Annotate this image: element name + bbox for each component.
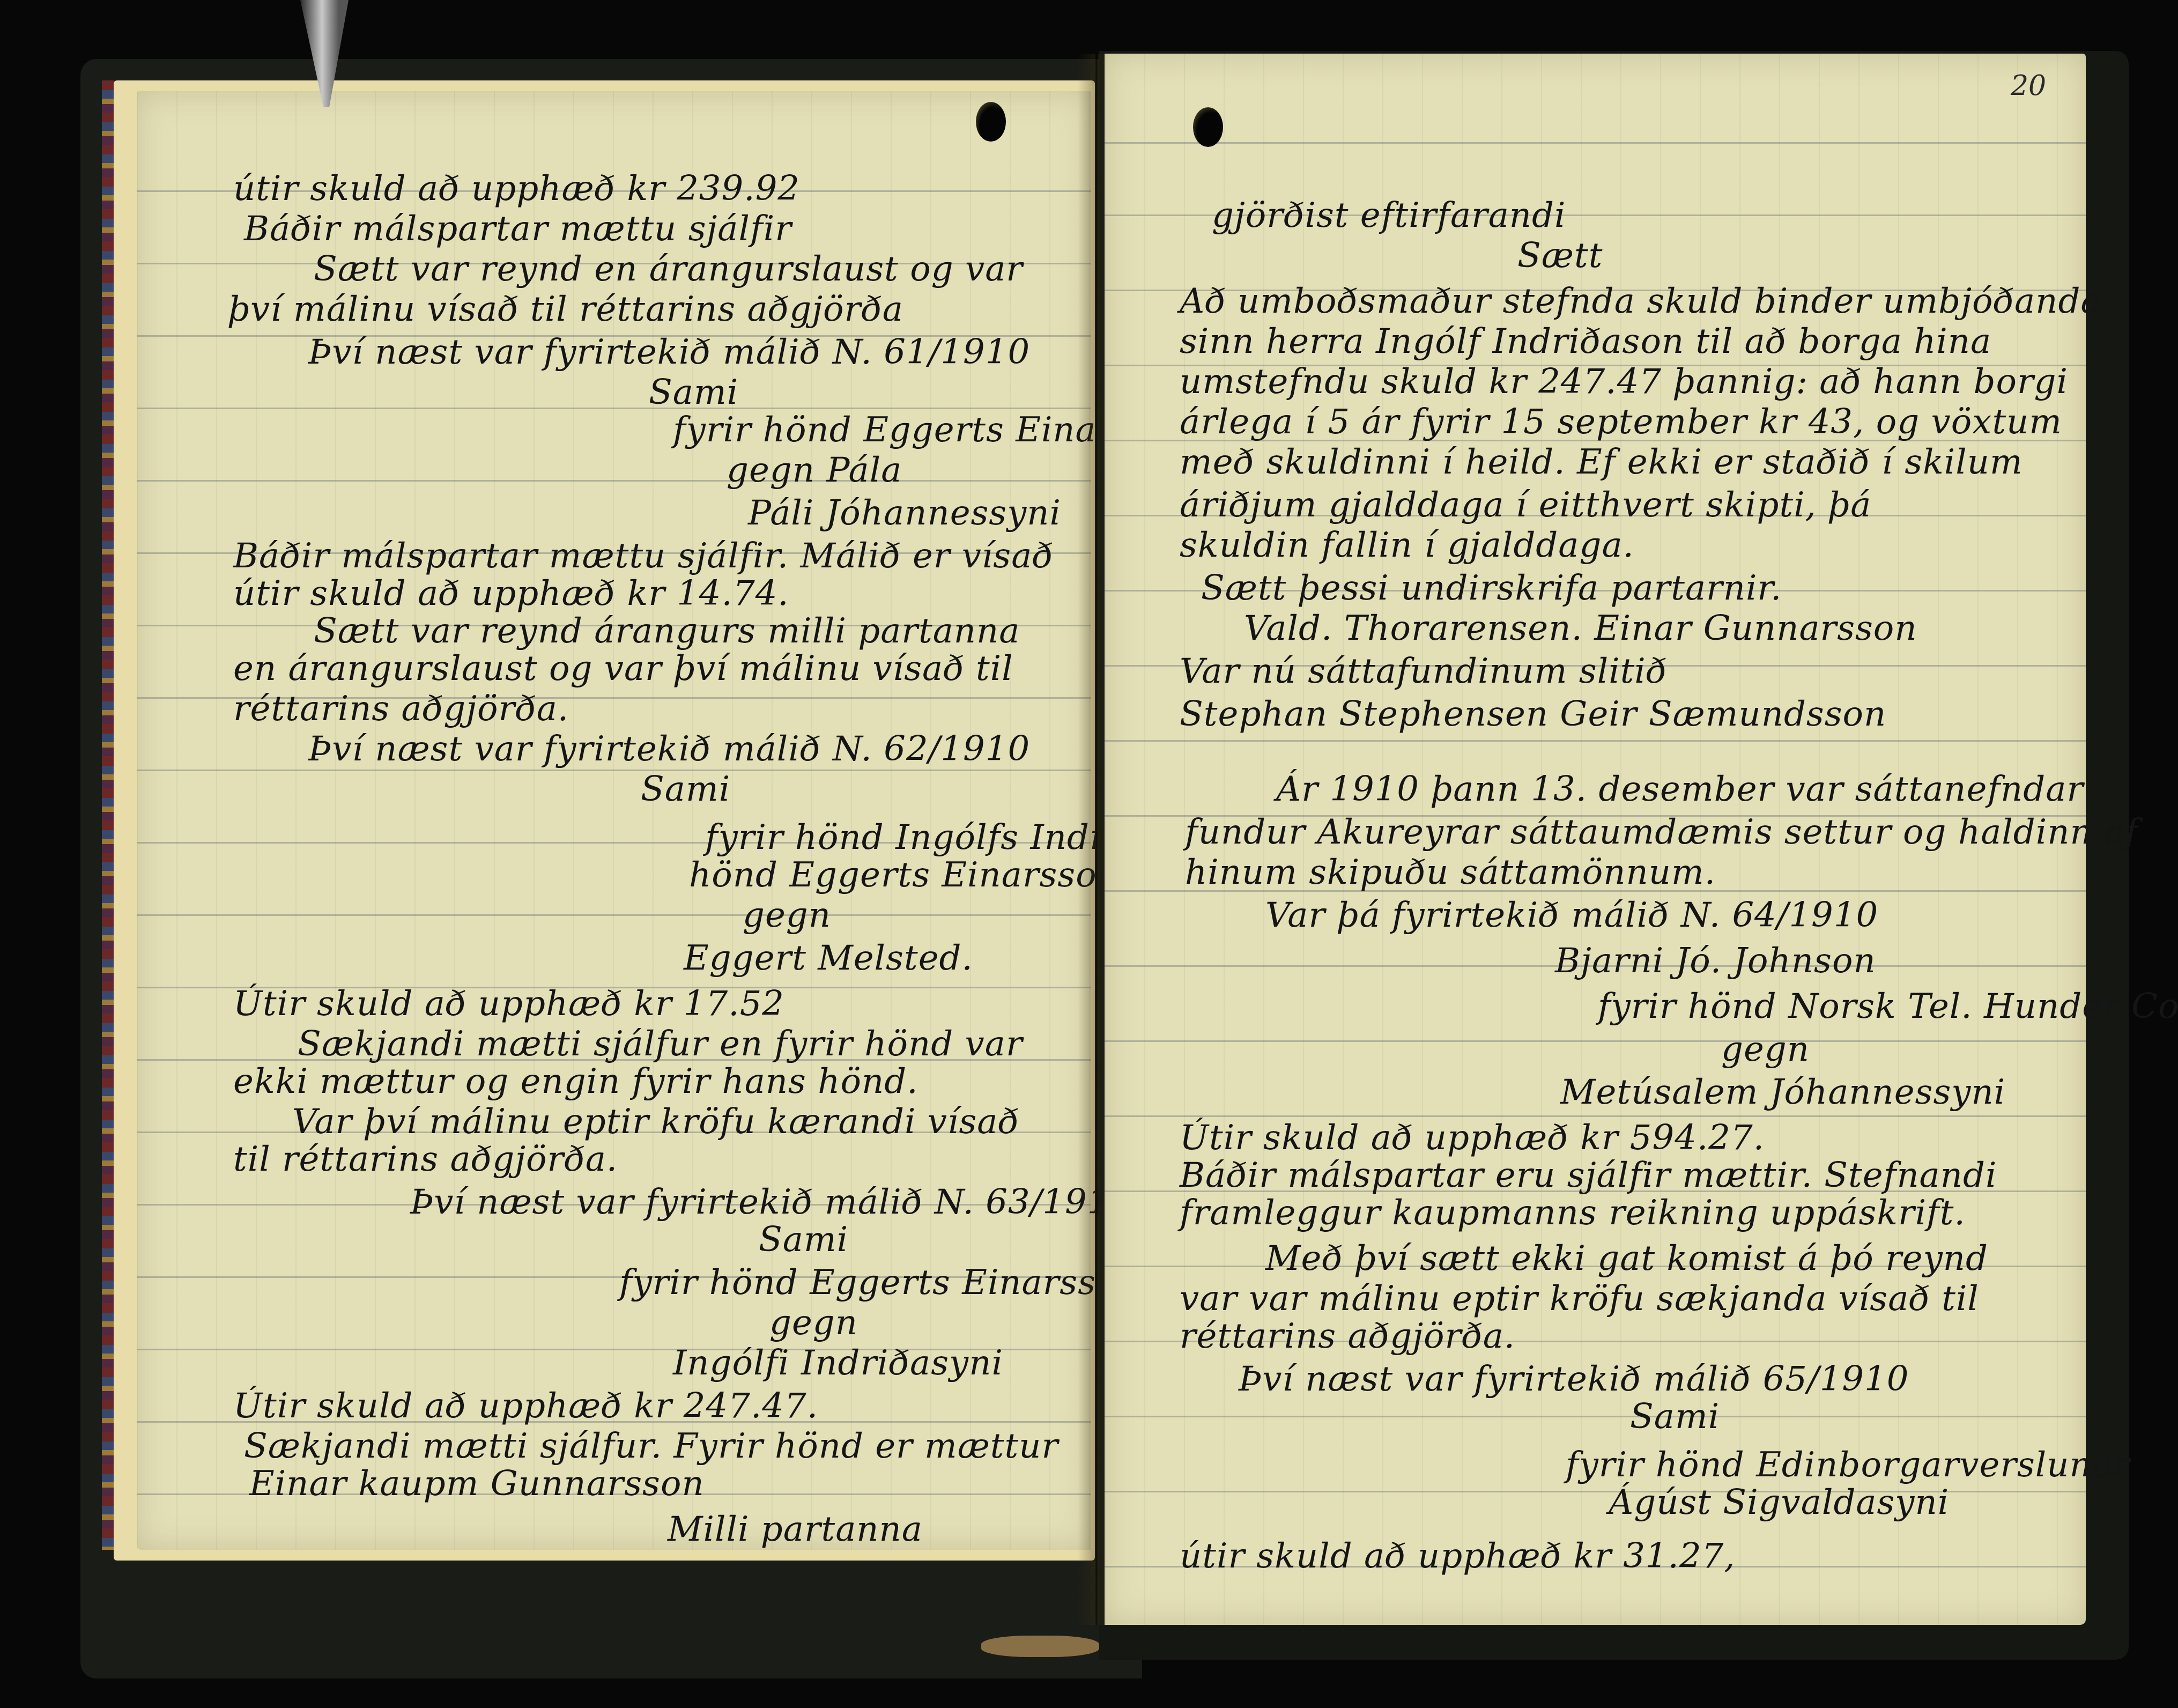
text-line: með skuldinni í heild. Ef ekki er staðið… [1180,445,2023,479]
text-line: umstefndu skuld kr 247.47 þannig: að han… [1180,365,2068,399]
text-line: Með því sætt ekki gat komist á þó reynd [1265,1241,1988,1276]
page-number: 20 [2011,70,2046,102]
text-line: hinum skipuðu sáttamönnum. [1185,855,1716,890]
text-line: gegn [743,898,831,933]
text-line: gegn [769,1306,858,1340]
text-line: réttarins aðgjörða. [233,692,569,726]
text-line: Milli partanna [668,1512,923,1547]
text-line: útir skuld að upphæð kr 31.27, [1180,1539,1736,1573]
text-line: Útir skuld að upphæð kr 17.52 [233,987,784,1021]
text-line: Einar kaupm Gunnarsson [249,1467,705,1501]
ruled-line [137,408,1091,409]
text-line: réttarins aðgjörða. [1180,1319,1515,1354]
text-line: Var þá fyrirtekið málið N. 64/1910 [1265,898,1878,933]
text-line: fyrir hönd Norsk Tel. Hunder Co [1598,989,2178,1024]
text-line: Því næst var fyrirtekið málið N. 62/1910 [308,732,1030,766]
text-line: Var nú sáttafundinum slitið [1180,654,1667,689]
text-line: var var málinu eptir kröfu sækjanda vísa… [1180,1282,1979,1316]
text-line: en árangurslaust og var því málinu vísað… [233,652,1013,686]
ruled-line [1105,1416,2086,1417]
text-line: fundur Akureyrar sáttaumdæmis settur og … [1185,815,2138,849]
text-line: gjörðist eftirfarandi [1212,198,1566,233]
text-line: Metúsalem Jóhannessyni [1560,1075,2005,1110]
text-line: Vald. Thorarensen. Einar Gunnarsson [1244,611,1917,646]
text-line: Ágúst Sigvaldasyni [1609,1485,1949,1520]
ruled-line [137,480,1091,482]
text-line: Sami [641,772,730,807]
text-line: Að umboðsmaður stefnda skuld binder umbj… [1180,284,2102,319]
text-line: sinn herra Ingólf Indriðason til að borg… [1180,324,1991,359]
text-line: Sækjandi mætti sjálfur en fyrir hönd var [298,1027,1023,1061]
text-line: Því næst var fyrirtekið málið N. 61/1910 [308,335,1030,369]
text-line: Stephan Stephensen Geir Sæmundsson [1180,697,1886,731]
text-line: því málinu vísað til réttarins aðgjörða [228,292,903,327]
worn-corner [981,1636,1099,1657]
text-line: skuldin fallin í gjalddaga. [1180,528,1634,563]
text-line: árlega í 5 ár fyrir 15 september kr 43, … [1180,405,2062,439]
ruled-line [137,914,1091,916]
text-line: Báðir málspartar mættu sjálfir [244,212,792,246]
text-line: Ár 1910 þann 13. desember var sáttanefnd… [1276,772,2084,807]
text-line: Því næst var fyrirtekið málið N. 63/1910 [410,1185,1132,1219]
right-page: 20 gjörðist eftirfarandi Sætt Að umboðsm… [1105,54,2086,1625]
text-line: Báðir málspartar mættu sjálfir. Málið er… [233,539,1054,573]
text-line: fyrir hönd Eggerts Einarss [619,1266,1096,1300]
text-line: útir skuld að upphæð kr 239.92 [233,172,800,206]
text-line: Ingólfi Indriðasyni [673,1346,1003,1380]
text-line: Útir skuld að upphæð kr 594.27. [1180,1121,1765,1155]
text-line: Bjarni Jó. Johnson [1555,944,1876,978]
text-line: ekki mættur og engin fyrir hans hönd. [233,1064,918,1099]
text-line: Sami [649,375,738,410]
text-line: Sætt var reynd en árangurslaust og var [314,252,1023,286]
left-page: útir skuld að upphæð kr 239.92 Báðir mál… [137,91,1091,1550]
text-line: Sætt [1517,239,1603,273]
text-line: Páli Jóhannessyni [748,496,1061,530]
text-line: framleggur kaupmanns reikning uppáskrift… [1180,1196,1966,1230]
marbled-page-edge [102,80,114,1550]
ruled-line [137,770,1091,771]
punch-hole [976,102,1006,142]
text-line: áriðjum gjalddaga í eitthvert skipti, þá [1180,488,1871,522]
text-line: Sætt var reynd árangurs milli partanna [314,614,1020,648]
text-line: Sami [1630,1400,1720,1434]
punch-hole [1193,107,1223,147]
text-line: Því næst var fyrirtekið málið 65/1910 [1239,1362,1909,1396]
text-line: Sami [759,1223,848,1257]
text-line: til réttarins aðgjörða. [233,1142,618,1177]
text-line: Sætt þessi undirskrifa partarnir. [1201,571,1782,605]
text-line: Var því málinu eptir kröfu kærandi vísað [292,1105,1019,1139]
text-line: Báðir málspartar eru sjálfir mættir. Ste… [1180,1158,1997,1193]
ruled-line [1105,142,2086,144]
ruled-line [1105,1040,2086,1042]
text-line: útir skuld að upphæð kr 14.74. [233,576,789,611]
text-line: fyrir hönd Edinborgarverslunar [1566,1448,2130,1482]
text-line: Sækjandi mætti sjálfur. Fyrir hönd er mæ… [244,1429,1058,1463]
text-line: gegn Pála [727,453,902,487]
text-line: gegn [1721,1032,1810,1067]
ruled-line [1105,1115,2086,1117]
ruled-line [1105,740,2086,742]
text-line: Eggert Melsted. [684,941,973,975]
text-line: Útir skuld að upphæð kr 247.47. [233,1389,818,1423]
